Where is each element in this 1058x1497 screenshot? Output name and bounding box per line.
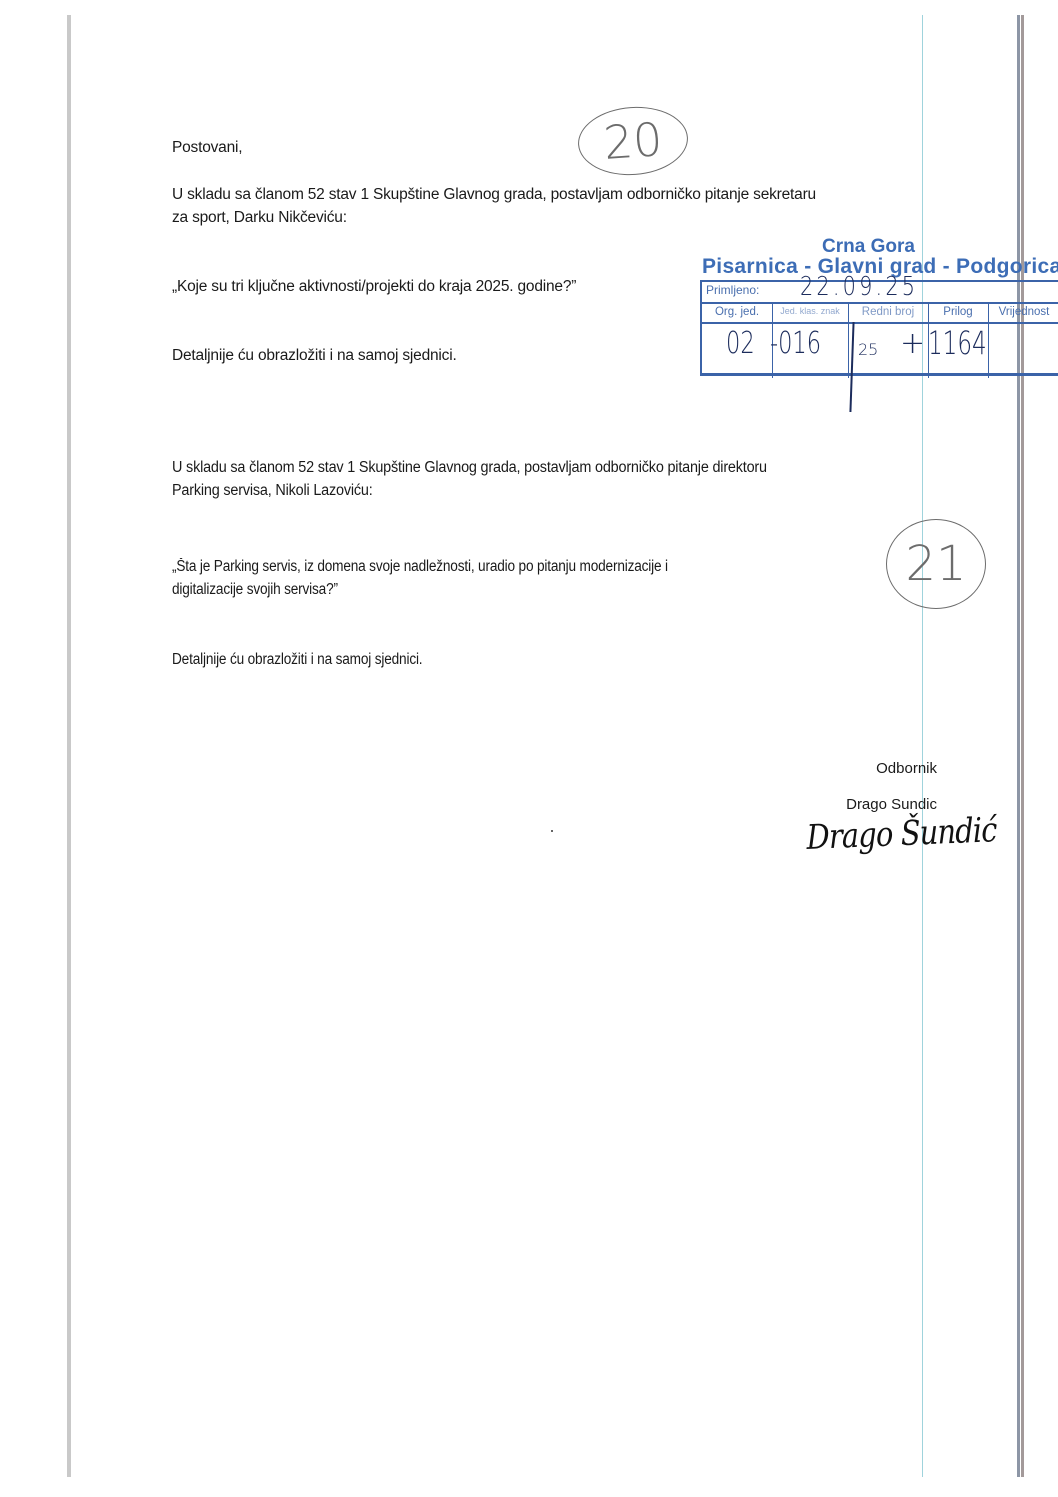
mark-text: 21 [905, 536, 966, 592]
scan-border-left [67, 15, 71, 1477]
q20-intro-line2: za sport, Darku Nikčeviću: [172, 206, 347, 229]
col-label: Jed. klas. znak [772, 304, 848, 316]
q20-intro-line1: U skladu sa članom 52 stav 1 Skupštine G… [172, 183, 816, 206]
stamp-received-date: 22.09.25 [800, 272, 918, 302]
scan-border-right-inner [1017, 15, 1020, 1477]
signer-name: Drago Sundic [846, 796, 937, 813]
greeting: Postovani, [172, 136, 242, 159]
q21-question-line1: „Šta je Parking servis, iz domena svoje … [172, 555, 668, 578]
col-label: Vrijednost [988, 304, 1058, 318]
registry-stamp: Crna Gora Pisarnica - Glavni grad - Podg… [700, 236, 1058, 386]
question-number-mark-21: 21 [886, 519, 986, 609]
question-number-mark-20: 20 [576, 103, 690, 179]
stamp-class-code: -016 [770, 326, 821, 361]
q21-question-line2: digitalizacije svojih servisa?” [172, 578, 338, 601]
margin-guide-line [922, 15, 923, 1477]
stamp-year: 25 [858, 340, 878, 359]
q21-intro-line2: Parking servisa, Nikoli Lazoviću: [172, 479, 373, 502]
stamp-received-label: Primljeno: [706, 283, 759, 297]
q21-intro-line1: U skladu sa članom 52 stav 1 Skupštine G… [172, 456, 767, 479]
stamp-org-unit: 02 [726, 326, 755, 361]
q21-closing: Detaljnije ću obrazložiti i na samoj sje… [172, 648, 422, 671]
stamp-col-value: Vrijednost [988, 304, 1058, 378]
stamp-separator: + [900, 326, 925, 361]
q20-question: „Koje su tri ključne aktivnosti/projekti… [172, 275, 576, 298]
stamp-serial-number: 1164 [928, 324, 987, 362]
stamp-header-row: Org. jed. Jed. klas. znak Redni broj Pri… [702, 304, 1058, 324]
col-label: Redni broj [848, 304, 928, 318]
mark-text: 20 [602, 112, 664, 170]
col-label: Org. jed. [702, 304, 772, 318]
handwritten-signature: Drago Šundić [806, 810, 997, 858]
scan-speck [551, 830, 553, 832]
q20-closing: Detaljnije ću obrazložiti i na samoj sje… [172, 344, 457, 367]
signer-title: Odbornik [876, 760, 937, 777]
col-label: Prilog [928, 304, 988, 318]
scan-border-right-outer [1021, 15, 1024, 1477]
